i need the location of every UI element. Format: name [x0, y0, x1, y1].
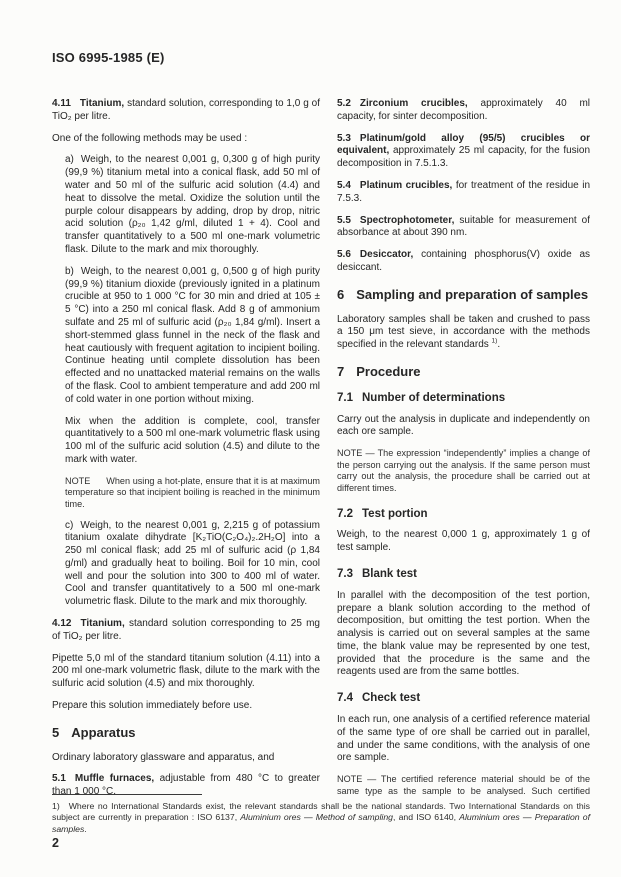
subsection-number: 7.3: [337, 568, 353, 580]
clause-number: 5.4: [337, 180, 351, 191]
note-7-1: NOTE — The expression “independently” im…: [337, 448, 590, 494]
page-header: ISO 6995-1985 (E): [52, 50, 590, 65]
clause-5-3: 5.3Platinum/gold alloy (95/5) crucibles …: [337, 133, 590, 171]
subsection-number: 7.4: [337, 692, 353, 704]
list-item-c: c)Weigh, to the nearest 0,001 g, 2,215 g…: [65, 520, 320, 610]
subsection-heading-7-1: 7.1Number of determinations: [337, 392, 590, 405]
document-page: ISO 6995-1985 (E) 4.11Titanium, standard…: [0, 0, 621, 877]
section-heading-6: 6Sampling and preparation of samples: [337, 289, 590, 302]
section-heading-5: 5Apparatus: [52, 727, 320, 740]
clause-term: Muffle furnaces,: [75, 773, 154, 784]
clause-term: Zirconium crucibles,: [360, 98, 468, 109]
footnote-area: 1)Where no International Standards exist…: [52, 794, 590, 835]
paragraph-ordinary: Ordinary laboratory glassware and appara…: [52, 752, 320, 765]
clause-5-5: 5.5Spectrophotometer, suitable for measu…: [337, 215, 590, 241]
paragraph-sampling: Laboratory samples shall be taken and cr…: [337, 314, 590, 352]
footnote-rule: [52, 794, 202, 795]
clause-term: Titanium,: [80, 618, 124, 629]
clause-number: 5.1: [52, 773, 66, 784]
paragraph-7-2: Weigh, to the nearest 0,000 1 g, approxi…: [337, 529, 590, 555]
subsection-title: Blank test: [362, 568, 417, 580]
paragraph-methods-intro: One of the following methods may be used…: [52, 133, 320, 146]
section-heading-7: 7Procedure: [337, 366, 590, 379]
two-column-layout: 4.11Titanium, standard solution, corresp…: [52, 98, 590, 798]
document-id: ISO 6995-1985 (E): [52, 50, 165, 65]
clause-4-11: 4.11Titanium, standard solution, corresp…: [52, 98, 320, 124]
list-item-b: b)Weigh, to the nearest 0,001 g, 0,500 g…: [65, 266, 320, 407]
list-item-text: Weigh, to the nearest 0,001 g, 2,215 g o…: [65, 520, 320, 608]
footnote-text: .: [84, 824, 86, 834]
paragraph-7-3: In parallel with the decomposition of th…: [337, 590, 590, 680]
section-title: Apparatus: [71, 725, 135, 740]
footnote-marker: 1): [52, 801, 60, 811]
clause-term: Spectrophotometer,: [360, 215, 454, 226]
subsection-title: Number of determinations: [362, 392, 505, 404]
clause-number: 4.12: [52, 618, 71, 629]
list-letter: c): [65, 520, 73, 531]
clause-term: Titanium,: [80, 98, 124, 109]
clause-term: Platinum crucibles,: [360, 180, 452, 191]
subsection-title: Check test: [362, 692, 420, 704]
section-number: 6: [337, 287, 344, 302]
subsection-heading-7-3: 7.3Blank test: [337, 568, 590, 581]
subsection-number: 7.2: [337, 508, 353, 520]
clause-5-4: 5.4Platinum crucibles, for treatment of …: [337, 180, 590, 206]
left-column: 4.11Titanium, standard solution, corresp…: [52, 98, 320, 798]
paragraph-text: Laboratory samples shall be taken and cr…: [337, 314, 590, 351]
paragraph-pipette: Pipette 5,0 ml of the standard titanium …: [52, 653, 320, 691]
clause-5-2: 5.2Zirconium crucibles, approximately 40…: [337, 98, 590, 124]
subsection-number: 7.1: [337, 392, 353, 404]
note-hot-plate: NOTEWhen using a hot-plate, ensure that …: [65, 476, 320, 511]
section-title: Procedure: [356, 364, 420, 379]
section-number: 7: [337, 364, 344, 379]
paragraph-text-end: .: [497, 339, 500, 350]
clause-5-6: 5.6Desiccator, containing phosphorus(V) …: [337, 249, 590, 275]
subsection-heading-7-2: 7.2Test portion: [337, 508, 590, 521]
footnote: 1)Where no International Standards exist…: [52, 801, 590, 835]
paragraph-mix: Mix when the addition is complete, cool,…: [65, 416, 320, 467]
note-text: When using a hot-plate, ensure that it i…: [65, 476, 320, 509]
clause-number: 5.6: [337, 249, 351, 260]
right-column: 5.2Zirconium crucibles, approximately 40…: [337, 98, 590, 798]
footnote-standard-title-1: Aluminium ores — Method of sampling: [240, 812, 393, 822]
list-letter: a): [65, 154, 74, 165]
list-item-text: Weigh, to the nearest 0,001 g, 0,500 g o…: [65, 266, 320, 405]
paragraph-7-4: In each run, one analysis of a certified…: [337, 714, 590, 765]
list-item-a: a)Weigh, to the nearest 0,001 g, 0,300 g…: [65, 154, 320, 256]
list-item-text: Weigh, to the nearest 0,001 g, 0,300 g o…: [65, 154, 320, 255]
list-letter: b): [65, 266, 74, 277]
page-number: 2: [52, 836, 59, 850]
paragraph-prepare: Prepare this solution immediately before…: [52, 700, 320, 713]
clause-number: 4.11: [52, 98, 71, 109]
clause-number: 5.2: [337, 98, 351, 109]
clause-number: 5.5: [337, 215, 351, 226]
footnote-text: , and ISO 6140,: [393, 812, 459, 822]
section-number: 5: [52, 725, 59, 740]
subsection-heading-7-4: 7.4Check test: [337, 692, 590, 705]
note-label: NOTE: [65, 476, 90, 486]
paragraph-7-1: Carry out the analysis in duplicate and …: [337, 414, 590, 440]
clause-term: Desiccator,: [360, 249, 413, 260]
section-title: Sampling and preparation of samples: [356, 287, 588, 302]
clause-4-12: 4.12Titanium, standard solution correspo…: [52, 618, 320, 644]
subsection-title: Test portion: [362, 508, 428, 520]
clause-number: 5.3: [337, 133, 351, 144]
